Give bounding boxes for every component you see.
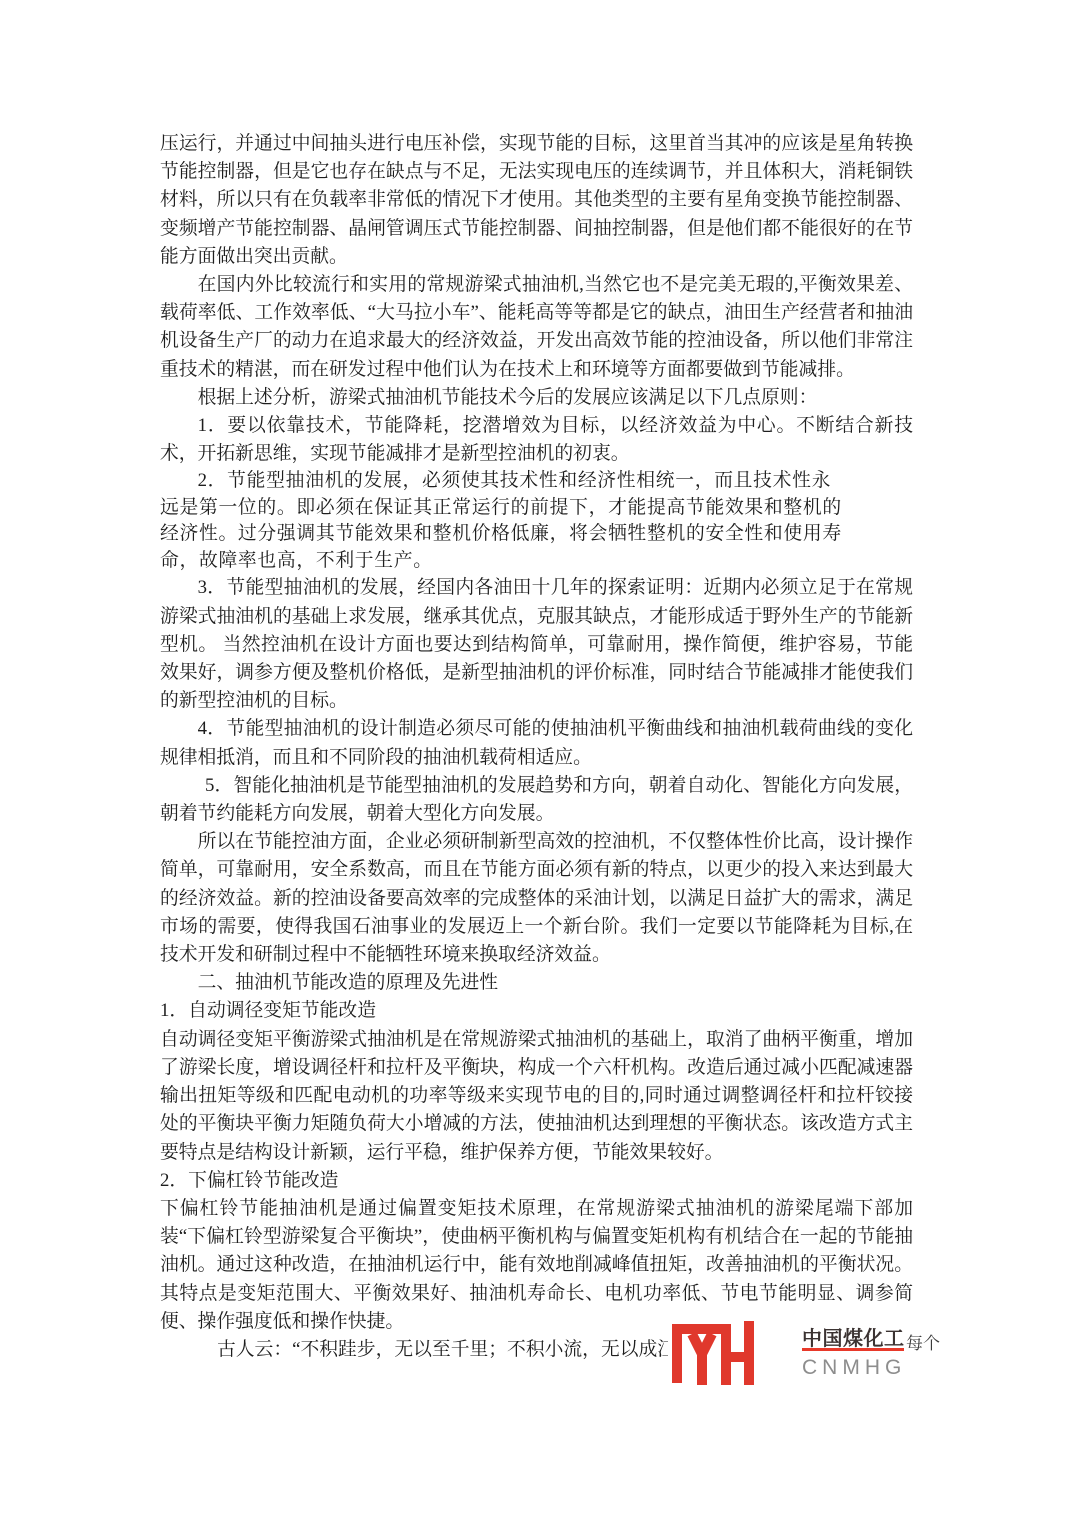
list-item-principle-1: 1．要以依靠技术，节能降耗，挖潜增效为目标，以经济效益为中心。不断结合新技术，开…: [160, 412, 913, 468]
body-text-line: 远是第一位的。即必须在保证其正常运行的前提下，才能提高节能效果和整机的: [160, 495, 913, 522]
body-text-line: 2．节能型抽油机的发展，必须使其技术性和经济性相统一，而且技术性永: [160, 468, 913, 495]
document-body: 压运行，并通过中间抽头进行电压补偿，实现节能的目标，这里首当其冲的应该是星角转换…: [160, 130, 913, 1364]
paragraph-conclusion: 所以在节能控油方面，企业必须研制新型高效的控油机，不仅整体性价比高，设计操作简单…: [160, 828, 913, 969]
logo-underline: [802, 1348, 904, 1351]
body-text-line: 经济性。过分强调其节能效果和整机价格低廉，将会牺牲整机的安全性和使用寿: [160, 521, 913, 548]
heading-section-2: 二、抽油机节能改造的原理及先进性: [160, 969, 913, 997]
logo-title-cn: 中国煤化工: [802, 1322, 905, 1351]
logo-abbr: CNMHG: [802, 1356, 906, 1380]
list-item-principle-5: 5．智能化抽油机是节能型抽油机的发展趋势和方向，朝着自动化、智能化方向发展，朝着…: [160, 772, 913, 828]
cnmhg-logo: 中国煤化工 每个 CNMHG: [668, 1314, 960, 1398]
list-item-principle-3: 3．节能型抽油机的发展，经国内各油田十几年的探索证明：近期内必须立足于在常规游梁…: [160, 574, 913, 715]
subheading-retrofit-2: 2．下偏杠铃节能改造: [160, 1167, 913, 1195]
mh-monogram-icon: [670, 1321, 758, 1391]
paragraph-overview: 在国内外比较流行和实用的常规游梁式抽油机,当然它也不是完美无瑕的,平衡效果差、载…: [160, 271, 913, 384]
body-text-line: 命，故障率也高，不利于生产。: [160, 548, 913, 575]
watermark-fragment: 每个: [906, 1329, 940, 1354]
paragraph-continuation: 压运行，并通过中间抽头进行电压补偿，实现节能的目标，这里首当其冲的应该是星角转换…: [160, 130, 913, 271]
paragraph-retrofit-1: 自动调径变矩平衡游梁式抽油机是在常规游梁式抽油机的基础上，取消了曲柄平衡重，增加…: [160, 1026, 913, 1167]
list-item-principle-4: 4．节能型抽油机的设计制造必须尽可能的使抽油机平衡曲线和抽油机载荷曲线的变化规律…: [160, 715, 913, 771]
paragraph-principles-intro: 根据上述分析，游梁式抽油机节能技术今后的发展应该满足以下几点原则：: [160, 384, 913, 412]
subheading-retrofit-1: 1．自动调径变矩节能改造: [160, 997, 913, 1025]
list-item-principle-2: 2．节能型抽油机的发展，必须使其技术性和经济性相统一，而且技术性永 远是第一位的…: [160, 468, 913, 574]
document-page: 压运行，并通过中间抽头进行电压补偿，实现节能的目标，这里首当其冲的应该是星角转换…: [0, 0, 1072, 1516]
